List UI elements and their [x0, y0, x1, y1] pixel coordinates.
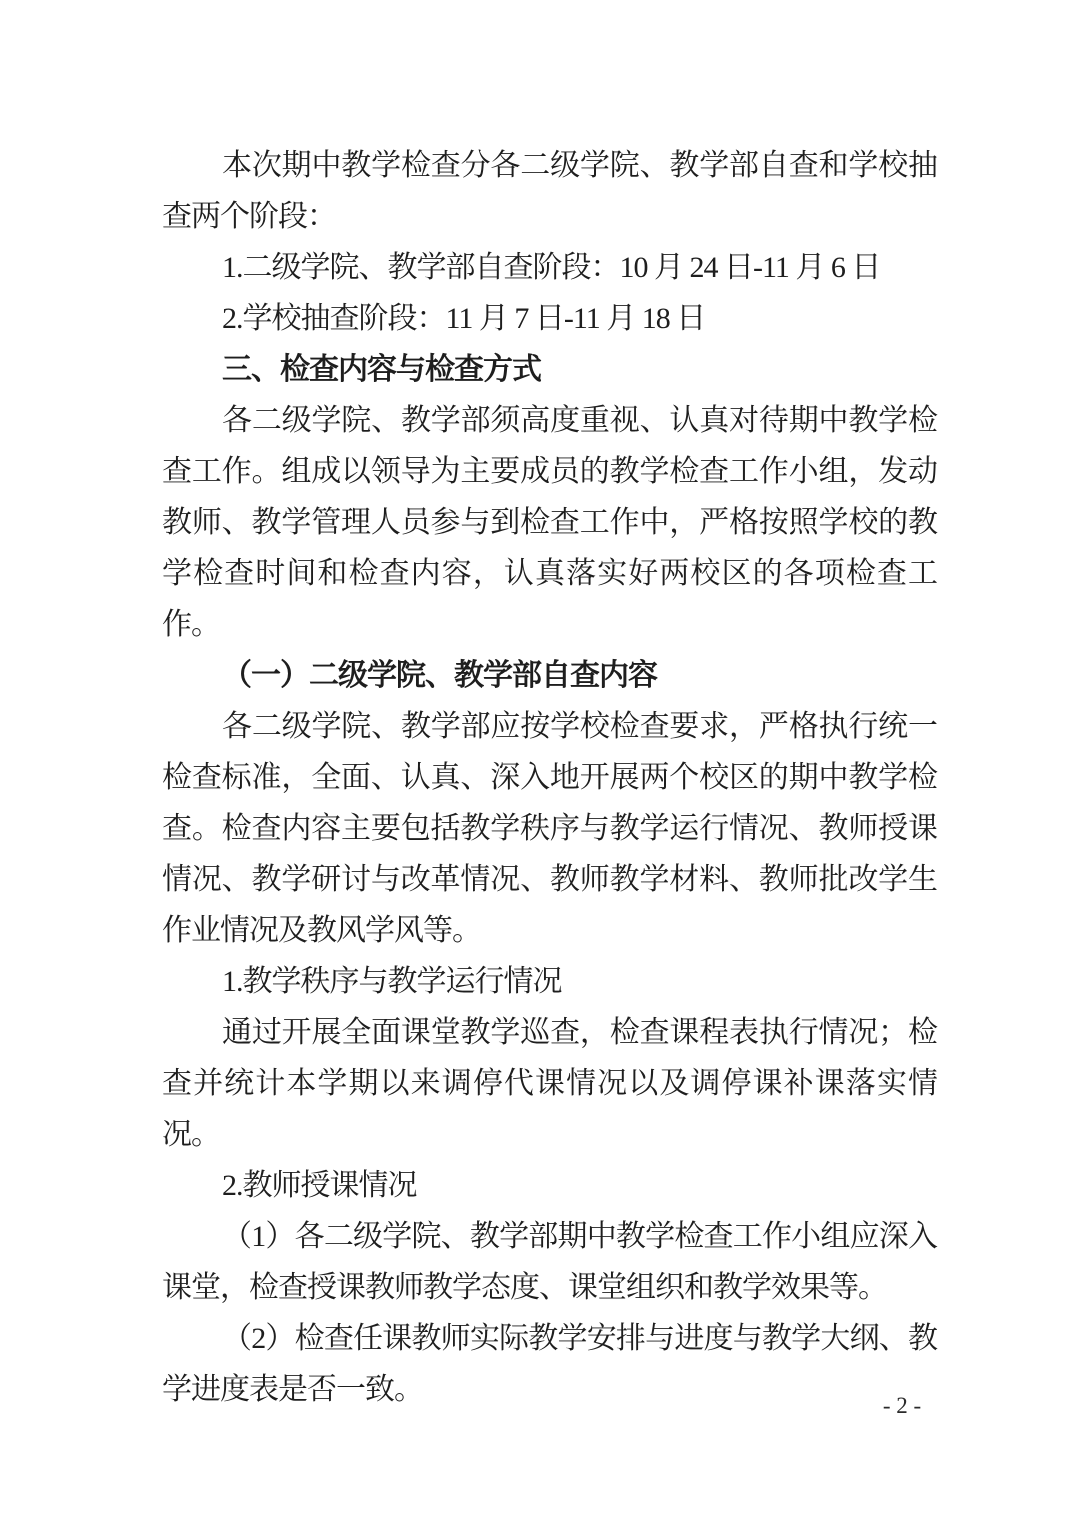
paragraph-lecturing-point-1: （1）各二级学院、教学部期中教学检查工作小组应深入课堂，检查授课教师教学态度、课… [162, 1211, 937, 1313]
paragraph-self-check-content: 各二级学院、教学部应按学校检查要求，严格执行统一检查标准，全面、认真、深入地开展… [162, 701, 937, 956]
page-number: - 2 - [852, 1392, 952, 1420]
list-item-self-check-stage: 1.二级学院、教学部自查阶段：10 月 24 日-11 月 6 日 [162, 242, 937, 293]
heading-section-three: 三、检查内容与检查方式 [162, 344, 937, 395]
paragraph-teaching-order-detail: 通过开展全面课堂教学巡查，检查课程表执行情况；检查并统计本学期以来调停代课情况以… [162, 1007, 937, 1160]
document-body: 本次期中教学检查分各二级学院、教学部自查和学校抽查两个阶段： 1.二级学院、教学… [162, 140, 937, 1415]
list-item-school-spot-check-stage: 2.学校抽查阶段：11 月 7 日-11 月 18 日 [162, 293, 937, 344]
heading-item-2-teacher-lecturing: 2.教师授课情况 [162, 1160, 937, 1211]
heading-subsection-one: （一）二级学院、教学部自查内容 [162, 650, 937, 701]
paragraph-lecturing-point-2: （2）检查任课教师实际教学安排与进度与教学大纲、教学进度表是否一致。 [162, 1313, 937, 1415]
paragraph-stages-intro: 本次期中教学检查分各二级学院、教学部自查和学校抽查两个阶段： [162, 140, 937, 242]
document-page: 本次期中教学检查分各二级学院、教学部自查和学校抽查两个阶段： 1.二级学院、教学… [0, 0, 1080, 1528]
paragraph-section-three-overview: 各二级学院、教学部须高度重视、认真对待期中教学检查工作。组成以领导为主要成员的教… [162, 395, 937, 650]
heading-item-1-teaching-order: 1.教学秩序与教学运行情况 [162, 956, 937, 1007]
